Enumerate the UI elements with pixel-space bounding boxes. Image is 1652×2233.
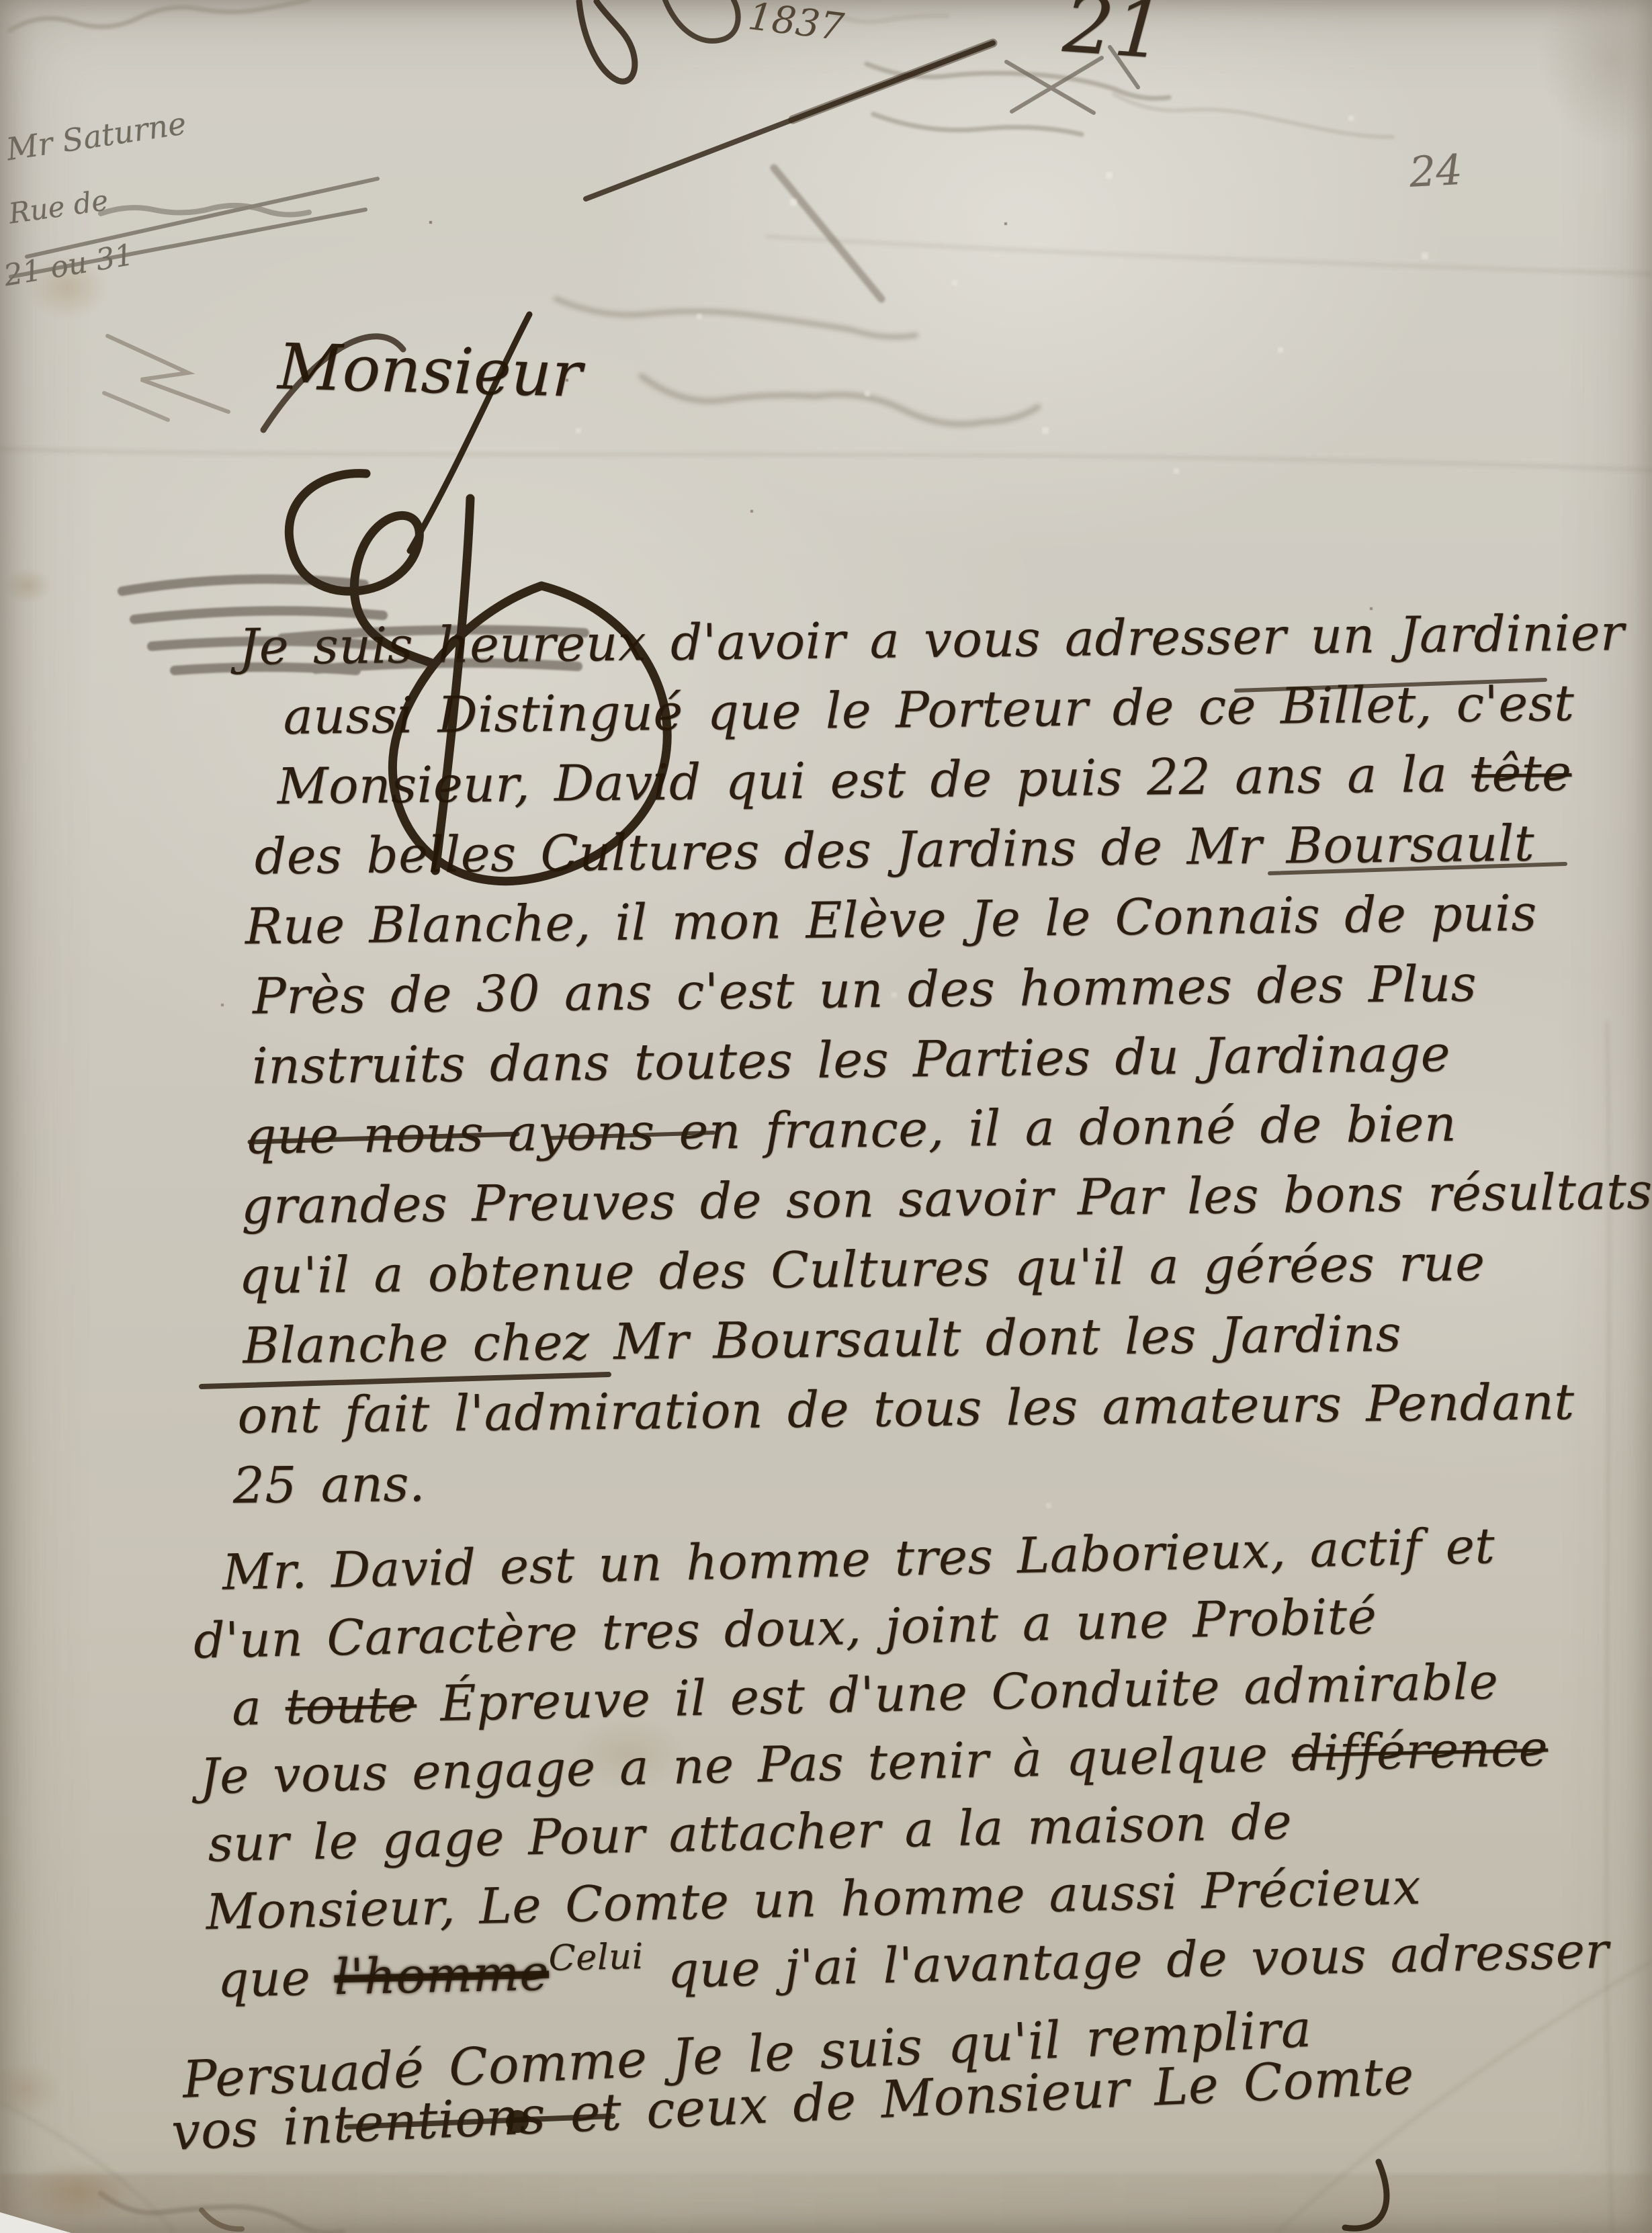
struck-word: différence bbox=[1291, 1720, 1549, 1782]
pencil-address-note: Rue de bbox=[7, 183, 110, 230]
salutation: Monsieur bbox=[277, 331, 582, 412]
letter-line-text: Rue Blanche, il mon Elève Je le Connais … bbox=[245, 884, 1537, 955]
foxing-stain bbox=[20, 2162, 134, 2222]
pencil-scribble bbox=[11, 47, 1138, 277]
struck-word: tête bbox=[1471, 744, 1572, 803]
struck-word: toute bbox=[285, 1676, 417, 1736]
paper-speckles bbox=[0, 0, 1, 1]
letter-line-text: aussi Distingué que le Porteur de ce Bil… bbox=[283, 674, 1575, 746]
inserted-word: Celui bbox=[548, 1923, 644, 1993]
bottom-edge-shading bbox=[0, 2174, 1652, 2233]
letter-line-text: grandes Preuves de son savoir Par les bo… bbox=[241, 1163, 1652, 1235]
letter-line-text: que nous ayons en france, il a donné de … bbox=[245, 1095, 1457, 1166]
letter-line-text: que j'ai l'avantage de vous adresser bbox=[643, 1923, 1609, 2000]
struck-word-heavy: l'homme bbox=[334, 1945, 550, 2007]
pencil-numbers-note: 21 ou 31 bbox=[1, 238, 136, 293]
corner-shading bbox=[1538, 0, 1652, 148]
letter-line-text: 25 ans. bbox=[232, 1455, 425, 1515]
pencil-name-note: Mr Saturne bbox=[4, 105, 189, 167]
letter-line: qu'il a obtenue des Cultures qu'il a gér… bbox=[238, 1227, 1652, 1311]
letter-line-text: instruits dans toutes les Parties du Jar… bbox=[252, 1025, 1451, 1096]
letter-line-text: Près de 30 ans c'est un des hommes des P… bbox=[253, 955, 1477, 1025]
pencil-page-number: 24 bbox=[1408, 145, 1464, 197]
letter-line: 25 ans. bbox=[232, 1436, 1652, 1521]
letter-line-text: qu'il a obtenue des Cultures qu'il a gér… bbox=[238, 1234, 1485, 1305]
manuscript-letter-page: 1837 21 24 Mr Saturne Rue de 21 ou 31 Mo… bbox=[0, 0, 1652, 2233]
paragraph-1: Je suis heureux d'avoir a vous adresser … bbox=[218, 598, 1652, 1521]
letter-line-text: Je suis heureux d'avoir a vous adresser … bbox=[238, 604, 1624, 676]
foxing-stain bbox=[0, 2062, 60, 2116]
paragraph-2: Mr. David est un homme tres Laborieux, a… bbox=[181, 1510, 1610, 2019]
letter-line-text: a bbox=[231, 1679, 286, 1737]
year-annotation: 1837 bbox=[746, 0, 846, 50]
letter-line-text: Blanche chez Mr Boursault dont les Jardi… bbox=[243, 1305, 1401, 1375]
letter-line: ont fait l'admiration de tous les amateu… bbox=[237, 1366, 1652, 1451]
letter-line-text: que bbox=[217, 1949, 335, 2009]
paragraph-3: Persuadé Comme Je le suis qu'il remplira… bbox=[168, 1998, 1415, 2158]
page-corner-background bbox=[0, 2202, 81, 2233]
letter-line-text: ont fait l'admiration de tous les amateu… bbox=[237, 1373, 1575, 1445]
foxing-stain bbox=[4, 568, 51, 603]
letter-line-text: Monsieur, David qui est de puis 22 ans a… bbox=[277, 745, 1471, 816]
ink-number-annotation: 21 bbox=[1060, 0, 1167, 77]
letter-line-text: des belles Cultures des Jardins de Mr Bo… bbox=[254, 815, 1534, 886]
